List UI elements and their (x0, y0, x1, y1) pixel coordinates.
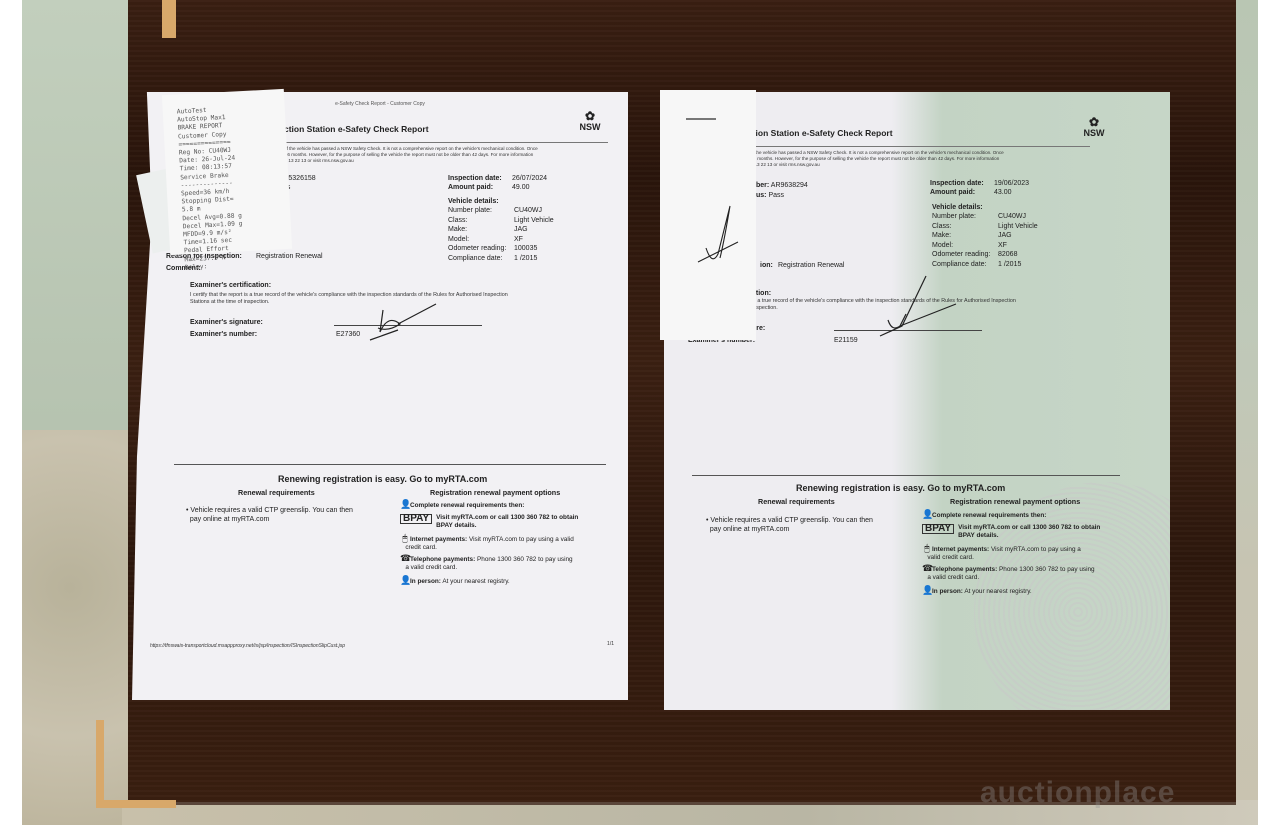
pay-complete: 👤Complete renewal requirements then: (922, 510, 1046, 520)
person-icon: 👤 (400, 576, 410, 584)
examiner-signature (368, 302, 438, 342)
vehicle-detail-row: Odometer reading:100035 (448, 245, 537, 252)
vehicle-detail-row: Number plate:CU40WJ (448, 207, 542, 214)
pay-internet: 🖱Internet payments: Visit myRTA.com to p… (400, 534, 574, 552)
report-title: ction Station e-Safety Check Report (284, 124, 429, 134)
vehicle-detail-row: Make:JAG (448, 226, 528, 233)
telephone-icon: ☎ (400, 554, 410, 562)
vehicle-detail-row: Class:Light Vehicle (932, 223, 1038, 230)
pay-telephone: ☎Telephone payments: Phone 1300 360 782 … (400, 554, 573, 572)
waratah-icon: ✿ (574, 110, 606, 122)
footer-url: https://tfnswais-transportcloud.msapppro… (150, 643, 345, 649)
examiner-number: Examiner's number:E27360 (190, 331, 360, 338)
examiner-signature (878, 274, 958, 340)
vehicle-details-heading: Vehicle details: (932, 204, 983, 211)
renew-title: Renewing registration is easy. Go to myR… (796, 483, 1005, 493)
person-icon: 👤 (400, 500, 410, 508)
inspection-date: Inspection date:26/07/2024 (448, 175, 547, 182)
receipt-signature (694, 202, 740, 268)
intro-text: s if the vehicle has passed a NSW Safety… (282, 146, 538, 164)
tape-strip (96, 800, 176, 808)
section-divider (692, 475, 1120, 476)
section-divider (174, 464, 606, 465)
brake-test-receipt: AutoTest AutoStop Max1 BRAKE REPORT Cust… (162, 89, 292, 255)
pay-in-person: 👤In person: At your nearest registry. (922, 586, 1032, 596)
pay-bpay: BPAYVisit myRTA.com or call 1300 360 782… (922, 524, 1100, 540)
pay-internet: 🖱Internet payments: Visit myRTA.com to p… (922, 544, 1081, 562)
renewal-requirement-item: • Vehicle requires a valid CTP greenslip… (186, 506, 353, 524)
divider (748, 146, 1090, 147)
divider (282, 142, 608, 143)
person-icon: 👤 (922, 586, 932, 594)
tape-strip (162, 0, 176, 38)
signature-label: Examiner's signature: (190, 319, 263, 326)
renewal-requirements-heading: Renewal requirements (758, 497, 835, 506)
renewal-requirements-heading: Renewal requirements (238, 488, 315, 497)
page-number: 1/1 (607, 641, 614, 647)
report-number: ber: AR9638294 (756, 182, 808, 189)
mouse-icon: 🖱 (922, 544, 932, 552)
status: us: Pass (756, 192, 784, 199)
vehicle-detail-row: Number plate:CU40WJ (932, 213, 1026, 220)
receipt-tear-line (686, 118, 716, 120)
pay-telephone: ☎Telephone payments: Phone 1300 360 782 … (922, 564, 1095, 582)
certification-text: I certify that the report is a true reco… (190, 292, 508, 306)
certification-heading: Examiner's certification: (190, 282, 271, 289)
tape-strip (96, 720, 104, 808)
payment-options-heading: Registration renewal payment options (430, 488, 560, 497)
waratah-icon: ✿ (1078, 116, 1110, 128)
pay-complete: 👤Complete renewal requirements then: (400, 500, 524, 510)
vehicle-detail-row: Compliance date:1 /2015 (448, 255, 537, 262)
vehicle-detail-row: Odometer reading:82068 (932, 251, 1017, 258)
auctionplace-watermark: auctionplace (980, 776, 1175, 810)
report-title: ction Station e-Safety Check Report (748, 128, 893, 138)
amount-paid: Amount paid:49.00 (448, 184, 530, 191)
faded-receipt (660, 90, 756, 340)
vehicle-detail-row: Compliance date:1 /2015 (932, 261, 1021, 268)
nsw-logo: ✿NSW (574, 110, 606, 132)
vehicle-details-heading: Vehicle details: (448, 198, 499, 205)
pay-in-person: 👤In person: At your nearest registry. (400, 576, 510, 586)
person-icon: 👤 (922, 510, 932, 518)
vehicle-detail-row: Make:JAG (932, 232, 1012, 239)
renew-title: Renewing registration is easy. Go to myR… (278, 474, 487, 484)
bpay-logo: BPAY (922, 524, 954, 534)
mouse-icon: 🖱 (400, 534, 410, 542)
payment-options-heading: Registration renewal payment options (950, 497, 1080, 506)
vehicle-detail-row: Model:XF (932, 242, 1007, 249)
vehicle-detail-row: Model:XF (448, 236, 523, 243)
background-floor (22, 430, 142, 825)
vehicle-detail-row: Class:Light Vehicle (448, 217, 554, 224)
renewal-requirement-item: • Vehicle requires a valid CTP greenslip… (706, 516, 873, 534)
amount-paid: Amount paid:43.00 (930, 189, 1012, 196)
reason-for-inspection: ion: Registration Renewal (760, 262, 845, 269)
nsw-logo: ✿NSW (1078, 116, 1110, 138)
pay-bpay: BPAYVisit myRTA.com or call 1300 360 782… (400, 514, 578, 530)
telephone-icon: ☎ (922, 564, 932, 572)
intro-text: s if the vehicle has passed a NSW Safety… (748, 150, 1004, 168)
bpay-logo: BPAY (400, 514, 432, 524)
inspection-date: Inspection date:19/06/2023 (930, 180, 1029, 187)
